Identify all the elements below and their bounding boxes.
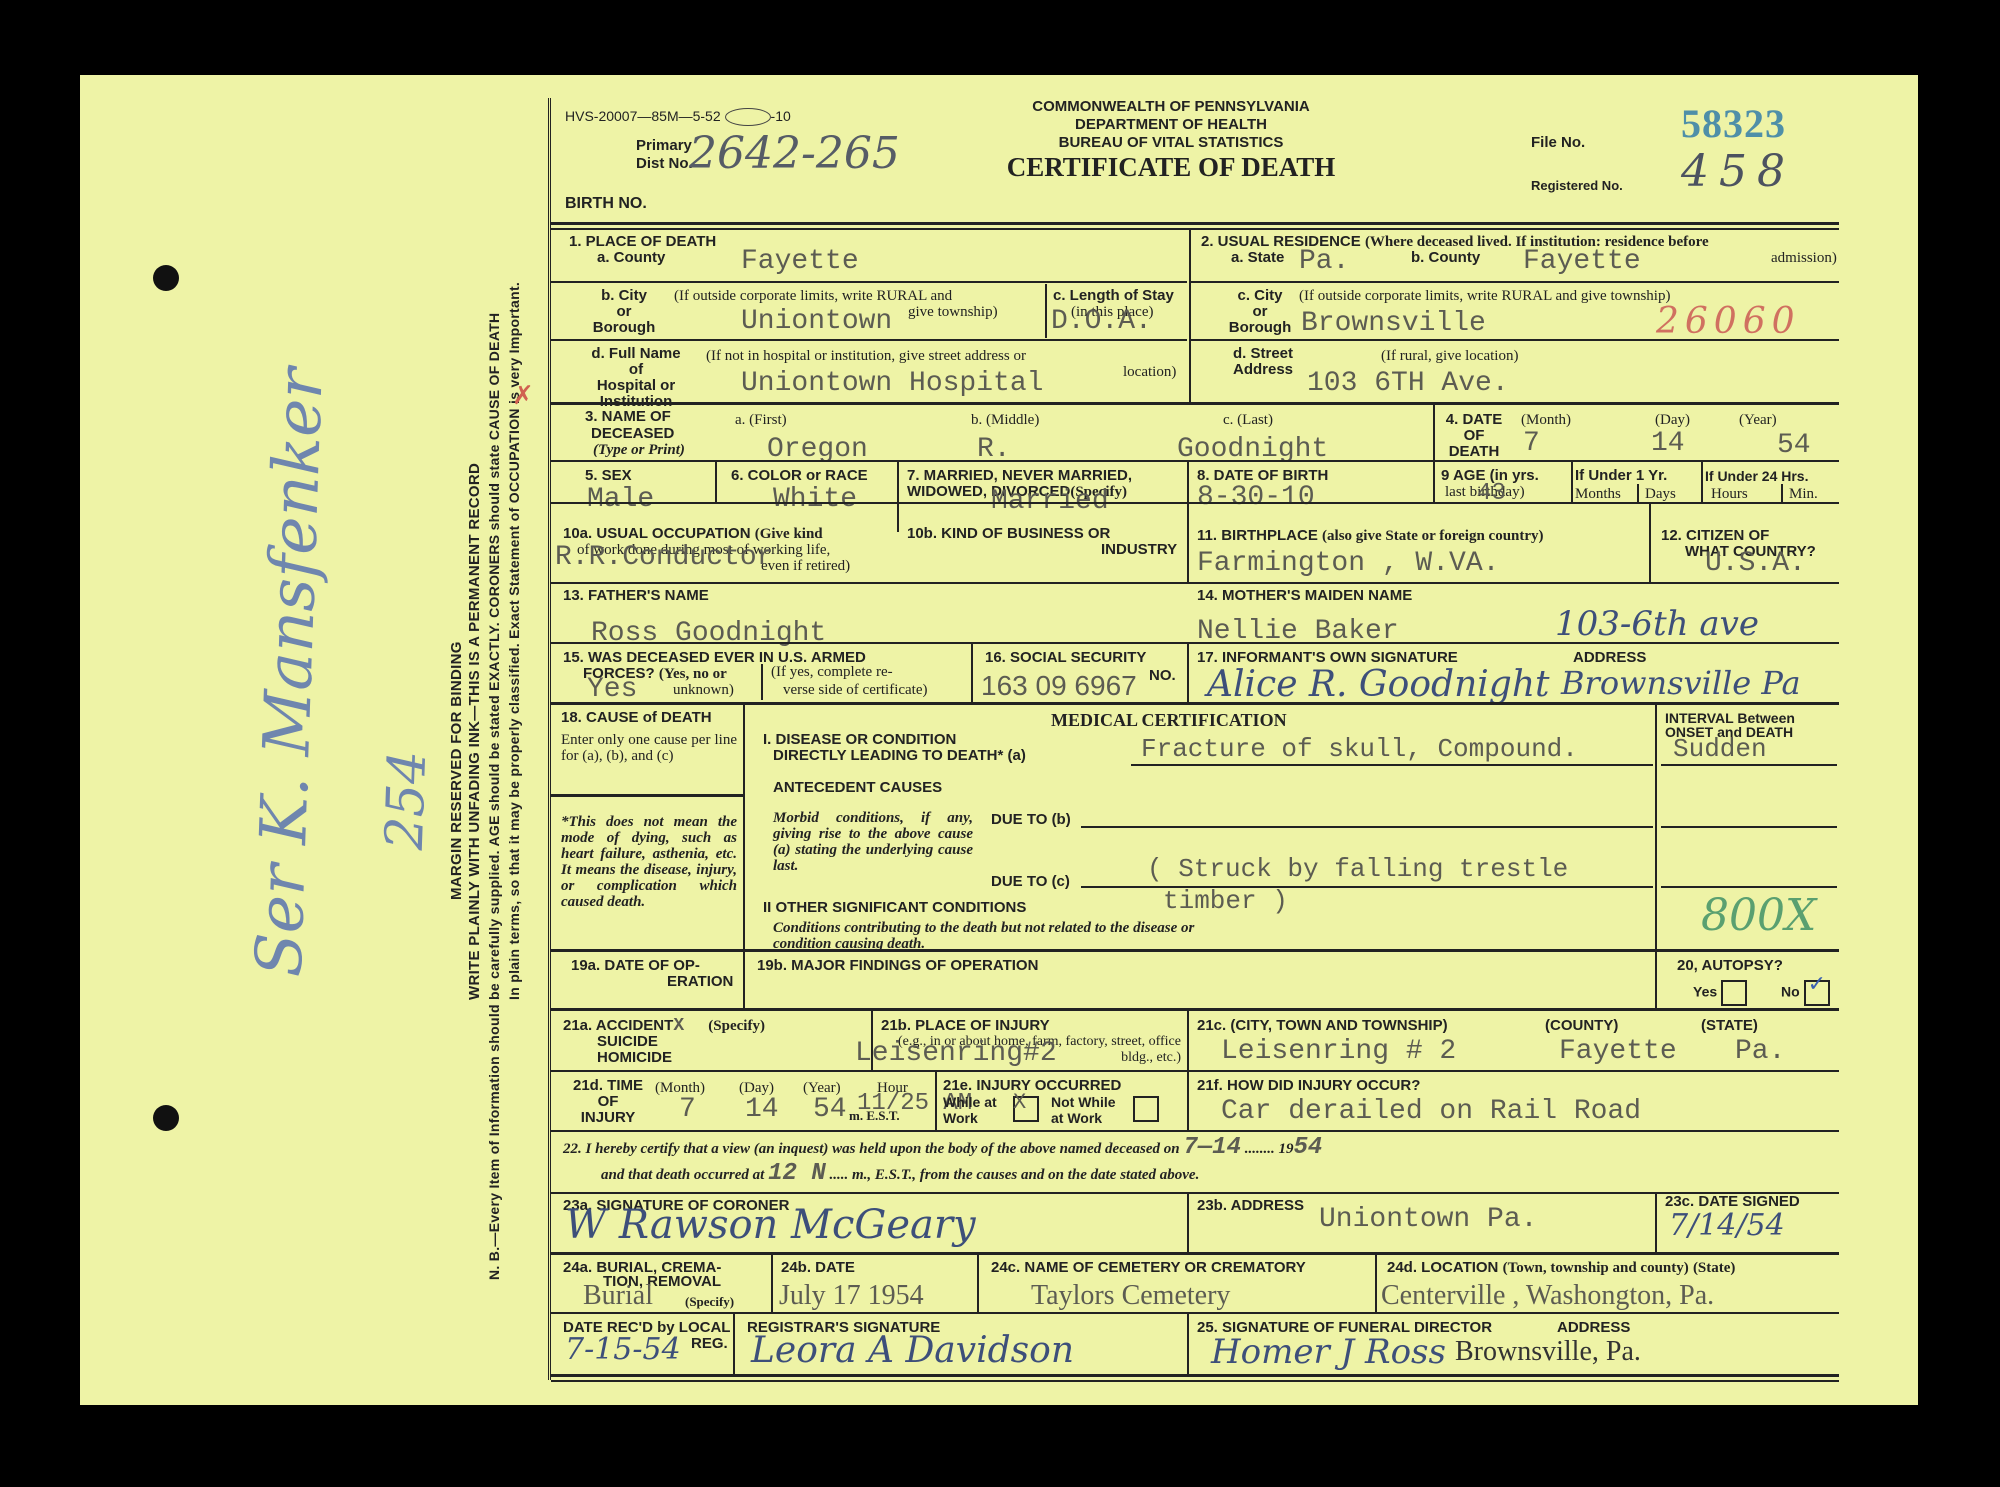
dist-number[interactable]: 2642-265 <box>689 128 900 179</box>
disease-label-2: DIRECTLY LEADING TO DEATH* (a) <box>773 748 1026 764</box>
mother-name-label: 14. MOTHER'S MAIDEN NAME <box>1197 588 1412 604</box>
hospital-note: (If not in hospital or institution, give… <box>706 348 1026 364</box>
form-code: HVS-20007—85M—5-52 -10 <box>565 108 791 126</box>
injury-county-label: (COUNTY) <box>1545 1018 1618 1034</box>
registered-no-label: Registered No. <box>1531 178 1623 194</box>
hospital-value[interactable]: Uniontown Hospital <box>741 368 1043 399</box>
residence-note-2: admission) <box>1771 250 1837 266</box>
margin-binding-note: MARGIN RESERVED FOR BINDING <box>448 641 465 900</box>
injury-state-value[interactable]: Pa. <box>1735 1036 1785 1067</box>
autopsy-label: 20, AUTOPSY? <box>1677 958 1783 974</box>
not-while-at-work-checkbox[interactable] <box>1133 1096 1159 1122</box>
operation-date-label: 19a. DATE OF OP- <box>571 958 700 974</box>
citizen-label: 12. CITIZEN OF <box>1661 528 1769 544</box>
dod-year-label: (Year) <box>1739 412 1777 428</box>
res-county-value[interactable]: Fayette <box>1523 246 1641 277</box>
injury-location-label: 21c. (CITY, TOWN AND TOWNSHIP) <box>1197 1018 1448 1034</box>
dod-day-value[interactable]: 14 <box>1651 428 1685 459</box>
injury-occurred-label: 21e. INJURY OCCURRED <box>943 1078 1121 1094</box>
sex-value[interactable]: Male <box>587 484 654 515</box>
morbid-note: Morbid conditions, if any, giving rise t… <box>773 810 973 874</box>
primary-label: Primary <box>636 138 692 154</box>
org-bureau: BUREAU OF VITAL STATISTICS <box>951 134 1391 152</box>
burial-date-label: 24b. DATE <box>781 1260 855 1276</box>
business-label-2: INDUSTRY <box>1101 542 1177 558</box>
under-1-yr-label: If Under 1 Yr. <box>1575 468 1667 484</box>
cause-instructions: Enter only one cause per line for (a), (… <box>561 732 737 764</box>
other-conditions-note: Conditions contributing to the death but… <box>773 920 1203 952</box>
dod-month-value[interactable]: 7 <box>1523 428 1540 459</box>
marital-label: 7. MARRIED, NEVER MARRIED, <box>907 468 1132 484</box>
pod-city-note: (If outside corporate limits, write RURA… <box>674 288 952 304</box>
informant-signature[interactable]: Alice R. Goodnight <box>1207 664 1549 705</box>
autopsy-no-checkbox[interactable]: ✓ <box>1804 980 1830 1006</box>
autopsy-no-option[interactable]: No ✓ <box>1781 980 1830 1006</box>
cause-c-label: DUE TO (c) <box>991 874 1070 890</box>
manner-homicide-label: HOMICIDE <box>597 1050 672 1066</box>
pod-city-note-2: give township) <box>908 304 998 320</box>
margin-ink-note: WRITE PLAINLY WITH UNFADING INK—THIS IS … <box>466 463 483 1000</box>
dist-label: Dist No. <box>636 156 693 172</box>
res-county-label: b. County <box>1411 250 1480 266</box>
months-label: Months <box>1575 486 1621 502</box>
disease-label: I. DISEASE OR CONDITION <box>763 732 956 748</box>
coroner-signature[interactable]: W Rawson McGeary <box>565 1202 976 1248</box>
burial-location-label: 24d. LOCATION (Town, township and county… <box>1387 1260 1735 1276</box>
res-state-value[interactable]: Pa. <box>1299 246 1349 277</box>
injury-year-value[interactable]: 54 <box>813 1094 847 1125</box>
length-of-stay-value[interactable]: D.O.A. <box>1051 306 1152 337</box>
union-label-icon <box>725 108 771 126</box>
pod-city-value[interactable]: Uniontown <box>741 306 892 337</box>
res-state-label: a. State <box>1231 250 1284 266</box>
res-city-note: (If outside corporate limits, write RURA… <box>1299 288 1670 304</box>
margin-nb-note: N. B.—Every Item of Information should b… <box>486 313 502 1280</box>
certify-line-1: 22. I hereby certify that a view (an inq… <box>563 1140 1322 1157</box>
middle-name-label: b. (Middle) <box>971 412 1039 428</box>
cause-b-label: DUE TO (b) <box>991 812 1071 828</box>
certify-line-2: and that death occurred at 12 N ..... m.… <box>601 1166 1199 1183</box>
res-street-note: (If rural, give location) <box>1381 348 1518 364</box>
operation-date-label-2: ERATION <box>667 974 733 990</box>
org-commonwealth: COMMONWEALTH OF PENNSYLVANIA <box>951 98 1391 116</box>
how-injury-label: 21f. HOW DID INJURY OCCUR? <box>1197 1078 1420 1094</box>
ssn-no-label: NO. <box>1149 668 1176 684</box>
how-injury-value[interactable]: Car derailed on Rail Road <box>1221 1096 1641 1127</box>
medical-code[interactable]: 800X <box>1701 890 1816 941</box>
hospital-note-2: location) <box>1123 364 1176 380</box>
hours-label: Hours <box>1711 486 1748 502</box>
res-street-label: d. StreetAddress <box>1233 346 1293 378</box>
margin-handwritten-number: 254 <box>375 549 445 851</box>
dod-day-label: (Day) <box>1655 412 1690 428</box>
manner-suicide-label: SUICIDE <box>597 1034 658 1050</box>
date-signed-value[interactable]: 7/14/54 <box>1669 1208 1785 1243</box>
birth-no-label: BIRTH NO. <box>565 196 647 212</box>
res-city-value[interactable]: Brownsville <box>1301 308 1486 339</box>
last-name-label: c. (Last) <box>1223 412 1273 428</box>
coroner-address-label: 23b. ADDRESS <box>1197 1198 1304 1214</box>
business-label: 10b. KIND OF BUSINESS OR <box>907 526 1110 542</box>
cemetery-value[interactable]: Taylors Cemetery <box>1031 1280 1230 1312</box>
birthplace-label: 11. BIRTHPLACE (also give State or forei… <box>1197 528 1544 544</box>
hospital-label: d. Full Name ofHospital orInstitution <box>591 346 681 410</box>
injury-city-value[interactable]: Leisenring # 2 <box>1221 1036 1456 1067</box>
citizen-value[interactable]: U.S.A. <box>1705 548 1806 579</box>
manner-label: 21a. ACCIDENTX (Specify) <box>563 1018 765 1034</box>
funeral-director-signature[interactable]: Homer J Ross <box>1211 1332 1446 1372</box>
injury-time-label: 21d. TIMEOFINJURY <box>563 1078 653 1126</box>
interval-value[interactable]: Sudden <box>1673 734 1767 764</box>
other-conditions-label: II OTHER SIGNIFICANT CONDITIONS <box>763 900 1026 916</box>
cause-a-value[interactable]: Fracture of skull, Compound. <box>1141 734 1578 764</box>
funeral-director-address-value[interactable]: Brownsville, Pa. <box>1455 1336 1641 1368</box>
length-of-stay-label: c. Length of Stay <box>1053 288 1174 304</box>
armed-note-3: (If yes, complete re- <box>771 664 893 680</box>
deceased-name-label: 3. NAME OFDECEASED(Type or Print) <box>585 408 685 458</box>
check-mark-icon: ✓ <box>1808 976 1826 992</box>
margin-handwritten-note: Ser K. Mansfenker 254 <box>220 340 320 1040</box>
punch-hole <box>153 1105 179 1131</box>
page-title: CERTIFICATE OF DEATH <box>951 152 1391 183</box>
min-label: Min. <box>1789 486 1818 502</box>
cemetery-label: 24c. NAME OF CEMETERY OR CREMATORY <box>991 1260 1306 1276</box>
death-certificate-form: HVS-20007—85M—5-52 -10 Primary Dist No. … <box>548 98 1839 1380</box>
disposition-value[interactable]: Burial <box>583 1280 653 1312</box>
race-value[interactable]: White <box>773 484 857 515</box>
medical-certification-title: MEDICAL CERTIFICATION <box>1051 710 1287 731</box>
cause-c-value[interactable]: ( Struck by falling trestle <box>1147 854 1568 884</box>
operation-findings-label: 19b. MAJOR FINDINGS OF OPERATION <box>757 958 1038 974</box>
residence-code[interactable]: 26060 <box>1656 301 1801 342</box>
org-department: DEPARTMENT OF HEALTH <box>951 116 1391 134</box>
pod-city-label: b. CityorBorough <box>589 288 659 336</box>
ssn-label: 16. SOCIAL SECURITY <box>985 650 1146 666</box>
date-of-death-label: 4. DATEOFDEATH <box>1443 412 1505 460</box>
coroner-address-value[interactable]: Uniontown Pa. <box>1319 1204 1537 1235</box>
file-no-label: File No. <box>1531 135 1585 151</box>
autopsy-yes-checkbox[interactable] <box>1721 980 1747 1006</box>
autopsy-yes-option[interactable]: Yes <box>1693 980 1747 1006</box>
father-name-value[interactable]: Ross Goodnight <box>591 618 826 649</box>
injury-place-value[interactable]: Leisenring#2 <box>855 1038 1057 1069</box>
father-name-label: 13. FATHER'S NAME <box>563 588 709 604</box>
dod-month-label: (Month) <box>1521 412 1571 428</box>
first-name-label: a. (First) <box>735 412 787 428</box>
cause-footnote: *This does not mean the mode of dying, s… <box>561 814 737 910</box>
issuing-authority: COMMONWEALTH OF PENNSYLVANIA DEPARTMENT … <box>951 98 1391 183</box>
while-at-work-label: While at Work <box>943 1094 1023 1126</box>
not-while-at-work-label: Not While at Work <box>1051 1094 1131 1126</box>
punch-hole <box>153 265 179 291</box>
funeral-director-address-label: ADDRESS <box>1557 1320 1630 1336</box>
disposition-specify: (Specify) <box>685 1294 734 1310</box>
place-of-death-label: 1. PLACE OF DEATH <box>569 234 716 250</box>
injury-place-label: 21b. PLACE OF INJURY <box>881 1018 1050 1034</box>
cause-c-value-2[interactable]: timber ) <box>1163 886 1288 916</box>
registrar-signature[interactable]: Leora A Davidson <box>751 1330 1074 1371</box>
race-label: 6. COLOR or RACE <box>731 468 868 484</box>
armed-note-2: unknown) <box>673 682 734 698</box>
under-24-hrs-label: If Under 24 Hrs. <box>1705 468 1808 484</box>
occupation-value[interactable]: R.R.Conductor <box>555 542 773 573</box>
dob-value[interactable]: 8-30-10 <box>1197 482 1315 513</box>
burial-date-value[interactable]: July 17 1954 <box>779 1280 924 1312</box>
date-received-value[interactable]: 7-15-54 <box>565 1332 681 1367</box>
informant-address-line-1[interactable]: 103-6th ave <box>1555 604 1759 644</box>
pod-county-label: a. County <box>597 250 665 266</box>
armed-forces-value[interactable]: Yes <box>587 674 637 705</box>
date-received-label-2: REG. <box>691 1336 728 1352</box>
burial-location-value[interactable]: Centerville , Washongton, Pa. <box>1381 1280 1714 1312</box>
birthplace-value[interactable]: Farmington , W.VA. <box>1197 548 1499 579</box>
injury-day-value[interactable]: 14 <box>745 1094 779 1125</box>
while-at-work-checkbox[interactable]: X <box>1013 1096 1039 1122</box>
sex-label: 5. SEX <box>585 468 632 484</box>
res-street-value[interactable]: 103 6TH Ave. <box>1307 368 1509 399</box>
days-label: Days <box>1645 486 1676 502</box>
ssn-value[interactable]: 163 09 6967 <box>981 670 1137 702</box>
res-city-label: c. CityorBorough <box>1225 288 1295 336</box>
injury-county-value[interactable]: Fayette <box>1559 1036 1677 1067</box>
injury-state-label: (STATE) <box>1701 1018 1758 1034</box>
cause-of-death-label: 18. CAUSE of DEATH <box>561 710 712 726</box>
file-number-stamp[interactable]: 58323 <box>1681 100 1786 147</box>
injury-month-value[interactable]: 7 <box>679 1094 696 1125</box>
antecedent-label: ANTECEDENT CAUSES <box>773 780 942 796</box>
armed-note-4: verse side of certificate) <box>783 682 928 698</box>
dod-year-value[interactable]: 54 <box>1777 430 1811 461</box>
informant-address-line-2[interactable]: Brownsville Pa <box>1561 664 1801 702</box>
red-check-mark-icon: ✗ <box>512 380 534 411</box>
pod-county-value[interactable]: Fayette <box>741 246 859 277</box>
registered-number[interactable]: 458 <box>1681 146 1795 197</box>
